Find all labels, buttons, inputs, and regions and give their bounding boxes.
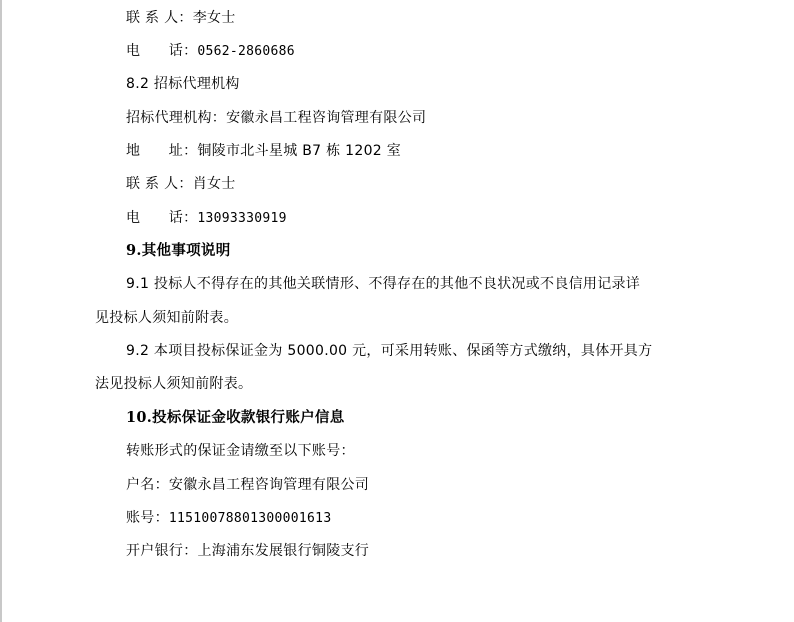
account-name-label: 户名： [126, 477, 169, 493]
item-9-2-line-1: 9.2 本项目投标保证金为 5000.00 元，可采用转账、保函等方式缴纳，具体… [126, 342, 652, 360]
account-number-value: 1151007880130000161​3 [169, 511, 332, 526]
address-line: 地 址：铜陵市北斗星城 B7 栋 1202 室 [126, 142, 401, 160]
transfer-intro: 转账形式的保证金请缴至以下账号： [126, 442, 355, 460]
contact-person-line-1: 联 系 人：李女士 [126, 9, 236, 27]
bank-label: 开户银行： [126, 543, 198, 559]
bank-line: 开户银行：上海浦东发展银行铜陵支行 [126, 542, 369, 560]
item-9-2-line-2: 法见投标人须知前附表。 [95, 375, 252, 393]
account-name-value: 安徽永昌工程咨询管理有限公司 [169, 477, 369, 493]
contact-label: 联 系 人： [126, 176, 193, 192]
phone-label: 电 话： [126, 210, 197, 226]
contact-value: 肖女士 [193, 176, 236, 192]
account-number-line: 账号：1151007880130000161​3 [126, 509, 331, 528]
phone-line-2: 电 话：13093330919 [126, 209, 287, 228]
account-number-label: 账号： [126, 510, 169, 526]
phone-value: 0562-2860686 [197, 44, 295, 59]
agency-value: 安徽永昌工程咨询管理有限公司 [226, 110, 426, 126]
section-9-heading: 9.其他事项说明 [126, 242, 231, 260]
bank-value: 上海浦东发展银行铜陵支行 [198, 543, 370, 559]
phone-line-1: 电 话：0562-2860686 [126, 42, 295, 61]
address-label: 地 址： [126, 143, 197, 159]
section-10-heading: 10.投标保证金收款银行账户信息 [126, 409, 345, 427]
agency-line: 招标代理机构：安徽永昌工程咨询管理有限公司 [126, 109, 426, 127]
contact-person-line-2: 联 系 人：肖女士 [126, 175, 236, 193]
phone-value: 13093330919 [197, 211, 286, 226]
contact-value: 李女士 [193, 10, 236, 26]
document-page: 联 系 人：李女士 电 话：0562-2860686 8.2 招标代理机构 招标… [0, 0, 794, 622]
item-9-1-line-1: 9.1 投标人不得存在的其他关联情形、不得存在的其他不良状况或不良信用记录详 [126, 275, 640, 293]
address-value: 铜陵市北斗星城 B7 栋 1202 室 [197, 143, 401, 159]
phone-label: 电 话： [126, 43, 197, 59]
contact-label: 联 系 人： [126, 10, 193, 26]
section-8-2-heading: 8.2 招标代理机构 [126, 75, 240, 93]
agency-label: 招标代理机构： [126, 110, 226, 126]
account-name-line: 户名：安徽永昌工程咨询管理有限公司 [126, 476, 369, 494]
item-9-1-line-2: 见投标人须知前附表。 [95, 309, 238, 327]
